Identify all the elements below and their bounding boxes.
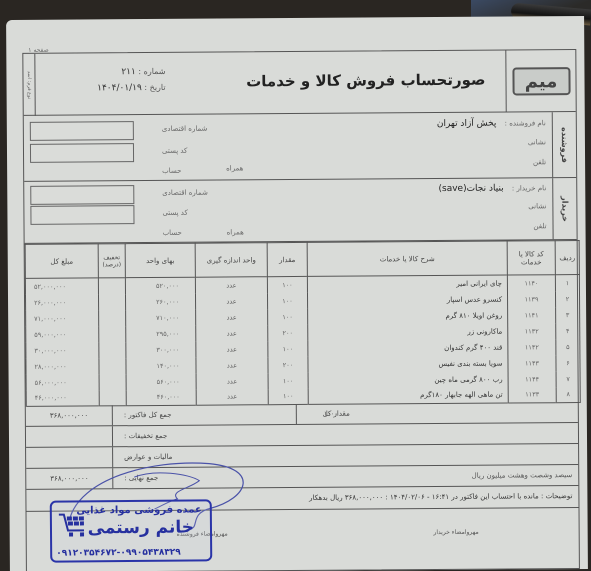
stamp-phones: ۰۹۱۲۰۳۵۴۶۷۲-۰۹۹۰۵۴۳۸۳۲۹ <box>56 548 181 559</box>
notes-text: توضیحات : مانده با احتساب این فاکتور در … <box>309 492 572 502</box>
discounts-label: جمع تخفیفات : <box>124 432 167 440</box>
divider <box>112 447 113 467</box>
cell-row: ۲ <box>555 291 579 307</box>
cell-unit: عدد <box>196 309 268 326</box>
cell-row: ۷ <box>556 371 580 387</box>
cell-unit: عدد <box>196 373 268 390</box>
buyer-account-label: حساب <box>163 229 182 237</box>
col-header-total: مبلغ کل <box>25 244 98 279</box>
buyer-signature-label: مهروامضاء خریدار <box>433 529 478 536</box>
brand-logo: میم <box>512 67 570 95</box>
buyer-name-value: بنیاد نجات(save) <box>438 184 503 194</box>
cell-unit: عدد <box>196 325 268 342</box>
col-header-description: شرح کالا یا خدمات <box>307 241 507 276</box>
cell-total: ۵۶,۰۰۰,۰۰۰ <box>26 374 99 391</box>
cell-row: ۳ <box>556 307 580 323</box>
col-header-row: ردیف <box>555 241 579 275</box>
cell-unit-price: ۴۶۰,۰۰۰ <box>126 389 196 405</box>
seller-name-value: پخش آزاد تهران <box>437 119 497 129</box>
cell-quantity: ۱۰۰ <box>268 340 308 356</box>
cell-code: ۱۱۳۳ <box>508 387 556 403</box>
cell-unit-price: ۵۲۰,۰۰۰ <box>125 277 195 293</box>
seller-economic-no-label: شماره اقتصادی <box>162 125 208 133</box>
invoice-header: میم صورتحساب فروش کالا و خدمات شماره : ۲… <box>23 50 575 116</box>
date-value: ۱۴۰۴/۰۱/۱۹ <box>97 83 142 93</box>
seller-postal-code-box <box>30 143 134 163</box>
invoice-paper: صفحه ۱ میم صورتحساب فروش کالا و خدمات شم… <box>6 16 588 571</box>
col-header-quantity: مقدار <box>267 242 307 276</box>
items-table: ردیف کد کالا یا خدمات شرح کالا یا خدمات … <box>25 240 581 407</box>
cell-description: کنسرو عدس اسپار <box>307 291 507 308</box>
seller-name-field: نام فروشنده : پخش آزاد تهران <box>437 118 546 129</box>
cell-unit-price: ۱۴۰,۰۰۰ <box>126 357 196 373</box>
final-total-label: جمع نهایی : <box>124 474 158 482</box>
seller-name-label: نام فروشنده : <box>505 119 546 127</box>
cell-quantity: ۱۰۰ <box>267 292 307 308</box>
cell-row: ۴ <box>556 323 580 339</box>
cell-discount <box>99 326 126 342</box>
cell-total: ۲۶,۰۰۰,۰۰۰ <box>25 294 98 311</box>
logo-box: میم <box>505 50 575 112</box>
divider <box>112 405 113 425</box>
cell-unit-price: ۲۹۵,۰۰۰ <box>126 325 196 341</box>
cell-code: ۱۱۴۳ <box>508 355 556 371</box>
cell-discount <box>99 358 126 374</box>
cell-row: ۸ <box>556 387 580 403</box>
divider <box>296 404 297 424</box>
buyer-address-label: نشانی <box>528 202 546 210</box>
cell-total: ۲۸,۰۰۰,۰۰۰ <box>26 358 99 375</box>
date-label: تاریخ : <box>144 83 165 92</box>
cell-unit-price: ۵۶۰,۰۰۰ <box>126 373 196 389</box>
cell-code: ۱۱۴۰ <box>507 275 555 291</box>
cell-discount <box>98 294 125 310</box>
seller-mobile-label: همراه <box>226 164 243 172</box>
number-value: ۲۱۱ <box>121 67 136 77</box>
divider <box>112 426 113 446</box>
cell-description: روغن اویلا ۸۱۰ گرم <box>308 307 508 324</box>
cell-total: ۳۰,۰۰۰,۰۰۰ <box>26 342 99 359</box>
stamp-owner-name: خانم رستمی <box>88 517 194 538</box>
cell-unit-price: ۷۱۰,۰۰۰ <box>126 309 196 325</box>
col-header-discount: تخفیف (درصد) <box>98 244 125 278</box>
cell-unit: عدد <box>195 293 267 310</box>
buyer-section: خریدار نام خریدار : بنیاد نجات(save) نشا… <box>24 178 576 244</box>
cell-code: ۱۱۴۲ <box>508 339 556 355</box>
cell-discount <box>98 278 125 294</box>
buyer-economic-no-label: شماره اقتصادی <box>162 189 208 197</box>
final-total-value: ۳۶۸,۰۰۰,۰۰۰ <box>50 474 88 482</box>
buyer-name-field: نام خریدار : بنیاد نجات(save) <box>438 183 546 194</box>
cell-quantity: ۱۰۰ <box>267 276 307 292</box>
col-header-unit: واحد اندازه گیری <box>195 243 267 278</box>
buyer-postal-code-label: کد پستی <box>162 209 187 217</box>
cell-discount <box>99 390 126 406</box>
seller-economic-no-box <box>30 121 134 141</box>
cell-discount <box>99 342 126 358</box>
buyer-postal-code-box <box>30 205 134 225</box>
cell-total: ۴۶,۰۰۰,۰۰۰ <box>26 390 99 407</box>
invoice-meta: شماره : ۲۱۱ تاریخ : ۱۴۰۴/۰۱/۱۹ <box>55 67 165 100</box>
invoice-frame: میم صورتحساب فروش کالا و خدمات شماره : ۲… <box>22 49 580 571</box>
invoice-total-label: جمع کل فاکتور : <box>124 411 172 419</box>
col-header-code: کد کالا یا خدمات <box>507 241 555 275</box>
seller-address-label: نشانی <box>528 138 546 146</box>
cell-unit-price: ۲۶۰,۰۰۰ <box>125 293 195 309</box>
buyer-economic-no-box <box>30 185 134 205</box>
cell-code: ۱۱۴۱ <box>508 307 556 323</box>
cell-unit: عدد <box>196 357 268 374</box>
cell-total: ۷۱,۰۰۰,۰۰۰ <box>26 310 99 327</box>
cell-discount <box>99 310 126 326</box>
cell-description: چای ایرانی امیر <box>307 275 507 292</box>
tax-label: مالیات و عوارض <box>124 453 172 461</box>
cell-total: ۵۲,۰۰۰,۰۰۰ <box>25 278 98 295</box>
seller-stamp: عمده فروشی مواد غذایی خانم رستمی ۰۹۱۲۰۳۵… <box>50 499 213 562</box>
seller-phone-label: تلفن <box>533 158 546 166</box>
cell-description: قند ۴۰۰ گرم کندوان <box>308 339 508 356</box>
cell-quantity: ۲۰۰ <box>268 356 308 372</box>
buyer-name-label: نام خریدار : <box>512 184 546 192</box>
cell-description: سویا بسته بندی نفیس <box>308 355 508 372</box>
buyer-mobile-label: همراه <box>227 228 244 236</box>
table-header-row: ردیف کد کالا یا خدمات شرح کالا یا خدمات … <box>25 241 579 279</box>
invoice-title: صورتحساب فروش کالا و خدمات <box>246 71 485 91</box>
invoice-number: شماره : ۲۱۱ <box>55 67 165 78</box>
cell-code: ۱۱۳۲ <box>508 323 556 339</box>
cell-quantity: ۱۰۰ <box>268 308 308 324</box>
cell-unit-price: ۳۰۰,۰۰۰ <box>126 341 196 357</box>
seller-section-label: فروشنده <box>552 112 576 177</box>
stamp-business-type: عمده فروشی مواد غذایی <box>76 504 202 516</box>
number-label: شماره : <box>138 67 165 76</box>
cell-code: ۱۱۳۹ <box>507 291 555 307</box>
col-header-unit-price: بهای واحد <box>125 243 195 277</box>
cell-description: ماکارونی زر <box>308 323 508 340</box>
seller-section: فروشنده نام فروشنده : پخش آزاد تهران نشا… <box>24 112 576 182</box>
divider <box>112 468 113 488</box>
cell-total: ۵۹,۰۰۰,۰۰۰ <box>26 326 99 343</box>
cell-row: ۱ <box>555 275 579 291</box>
cell-quantity: ۲۰۰ <box>268 324 308 340</box>
form-type-label: نوع فرم: اسد <box>23 54 35 116</box>
cell-row: ۶ <box>556 355 580 371</box>
cell-quantity: ۱۰۰ <box>268 372 308 388</box>
cell-unit: عدد <box>195 277 267 294</box>
cell-row: ۵ <box>556 339 580 355</box>
cell-unit: عدد <box>196 389 268 406</box>
invoice-date: تاریخ : ۱۴۰۴/۰۱/۱۹ <box>56 83 166 94</box>
total-qty-value: ۱۰۰۰ <box>324 410 338 418</box>
cell-code: ۱۱۴۴ <box>508 371 556 387</box>
amount-in-words: سیصد وشصت وهشت میلیون ریال <box>472 471 573 480</box>
seller-account-label: حساب <box>162 167 181 175</box>
buyer-section-label: خریدار <box>552 178 576 239</box>
buyer-phone-label: تلفن <box>533 222 546 230</box>
invoice-total-value: ۳۶۸,۰۰۰,۰۰۰ <box>50 411 88 419</box>
seller-postal-code-label: کد پستی <box>162 147 187 155</box>
cell-quantity: ۱۰۰ <box>268 388 308 404</box>
cell-discount <box>99 374 126 390</box>
cell-unit: عدد <box>196 341 268 358</box>
cell-description: رب ۸۰۰ گرمی ماه چین <box>308 371 508 388</box>
